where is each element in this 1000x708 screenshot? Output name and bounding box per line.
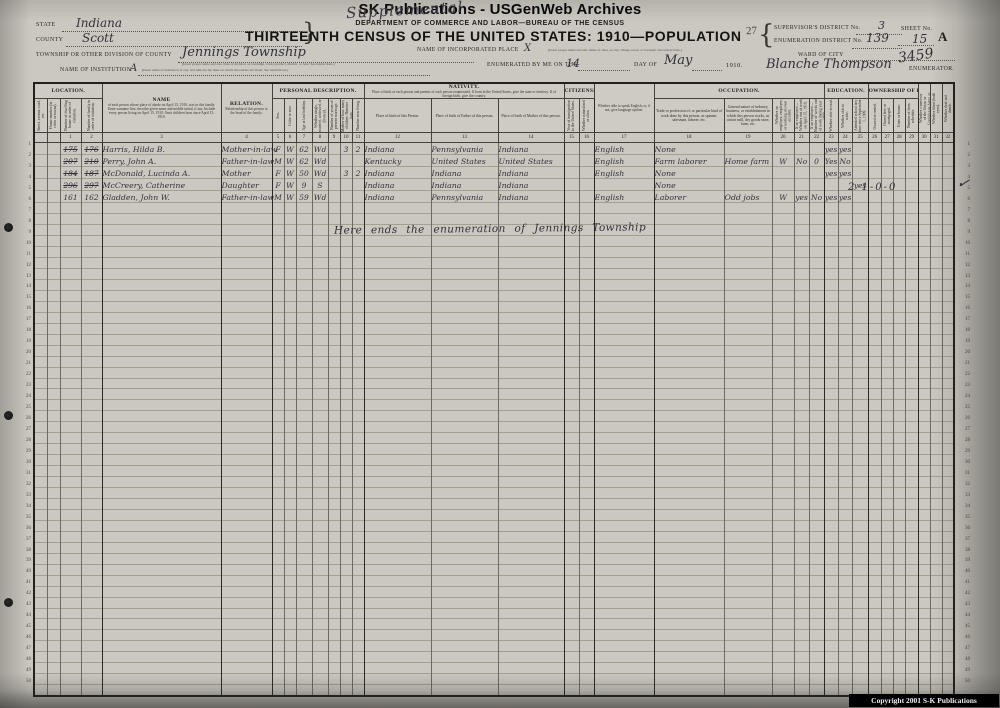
- census-cell: [838, 422, 852, 433]
- column-number: 1: [60, 133, 81, 143]
- census-cell: [272, 520, 284, 531]
- census-cell: [352, 312, 364, 323]
- census-cell: [221, 652, 272, 663]
- census-cell: [930, 641, 942, 652]
- census-cell: [930, 400, 942, 411]
- census-cell: [34, 433, 47, 444]
- census-cell: [284, 268, 296, 279]
- census-cell: [47, 301, 60, 312]
- census-cell: [296, 444, 312, 455]
- census-cell: [594, 641, 654, 652]
- row-number: 44: [19, 611, 31, 622]
- institution-label: NAME OF INSTITUTION: [60, 67, 131, 73]
- census-cell: [564, 488, 579, 499]
- census-cell: [34, 685, 47, 696]
- census-cell: W: [772, 191, 794, 203]
- census-cell: [47, 389, 60, 400]
- census-cell: [942, 630, 954, 641]
- census-cell: [838, 268, 852, 279]
- column-group: CITIZENSHIP.: [564, 83, 594, 99]
- census-cell: [824, 619, 838, 630]
- census-cell: [824, 225, 838, 236]
- census-cell: [724, 619, 772, 630]
- census-cell: [284, 685, 296, 696]
- census-cell: [918, 214, 930, 225]
- census-cell: [579, 143, 594, 155]
- census-cell: [918, 586, 930, 597]
- census-cell: W: [284, 155, 296, 167]
- census-cell: [60, 553, 81, 564]
- census-cell: [579, 167, 594, 179]
- census-cell: [564, 167, 579, 179]
- census-cell: [724, 323, 772, 334]
- census-cell: [431, 641, 498, 652]
- census-cell: [47, 433, 60, 444]
- census-cell: [654, 564, 724, 575]
- census-cell: [654, 389, 724, 400]
- census-cell: [312, 236, 328, 247]
- census-cell: [340, 542, 352, 553]
- census-cell: [852, 674, 868, 685]
- census-cell: [724, 564, 772, 575]
- census-cell: [654, 586, 724, 597]
- census-cell: [34, 422, 47, 433]
- census-cell: [102, 674, 221, 685]
- census-cell: [579, 236, 594, 247]
- census-cell: [724, 586, 772, 597]
- row-number: 14: [958, 282, 970, 293]
- census-cell: [328, 312, 340, 323]
- census-cell: [594, 608, 654, 619]
- census-cell: [431, 498, 498, 509]
- row-number: 17: [19, 315, 31, 326]
- census-cell: [564, 268, 579, 279]
- census-cell: [296, 247, 312, 258]
- table-row: [34, 674, 954, 685]
- table-row: [34, 542, 954, 553]
- census-cell: [221, 203, 272, 214]
- row-number: 49: [958, 666, 970, 677]
- census-cell: [364, 520, 431, 531]
- census-cell: [328, 179, 340, 191]
- row-number: 32: [19, 480, 31, 491]
- row-number: 18: [958, 326, 970, 337]
- census-cell: [352, 356, 364, 367]
- census-cell: W: [284, 191, 296, 203]
- census-cell: [654, 433, 724, 444]
- column-subheader: If an employee— Number of weeks out of w…: [809, 99, 824, 133]
- census-cell: [852, 400, 868, 411]
- row-number: 50: [958, 677, 970, 688]
- census-cell: [81, 367, 102, 378]
- census-cell: [431, 290, 498, 301]
- census-cell: [824, 247, 838, 258]
- column-number: 20: [772, 133, 794, 143]
- census-cell: [881, 345, 893, 356]
- census-cell: [364, 356, 431, 367]
- census-cell: [918, 155, 930, 167]
- census-cell: [579, 674, 594, 685]
- row-number: 11: [958, 250, 970, 261]
- census-cell: [60, 531, 81, 542]
- census-cell: [564, 685, 579, 696]
- census-cell: [852, 553, 868, 564]
- census-cell: [594, 444, 654, 455]
- census-cell: [809, 400, 824, 411]
- census-cell: [81, 498, 102, 509]
- census-cell: [794, 630, 809, 641]
- census-cell: [824, 334, 838, 345]
- census-cell: [905, 630, 918, 641]
- census-cell: [918, 553, 930, 564]
- census-cell: [772, 597, 794, 608]
- census-cell: [942, 433, 954, 444]
- census-cell: [824, 258, 838, 269]
- census-cell: [868, 400, 881, 411]
- census-cell: [34, 619, 47, 630]
- census-cell: [905, 608, 918, 619]
- census-cell: [881, 608, 893, 619]
- census-cell: [328, 531, 340, 542]
- census-cell: [47, 290, 60, 301]
- census-cell: [794, 225, 809, 236]
- census-cell: [893, 301, 905, 312]
- column-subheader: Mother of how many children: Number born…: [340, 99, 352, 133]
- census-cell: Wd: [312, 191, 328, 203]
- census-cell: [564, 312, 579, 323]
- census-cell: [654, 411, 724, 422]
- census-cell: [594, 400, 654, 411]
- census-cell: [328, 422, 340, 433]
- census-cell: [942, 641, 954, 652]
- row-number: 36: [958, 524, 970, 535]
- census-cell: [102, 422, 221, 433]
- census-cell: [352, 236, 364, 247]
- census-cell: [47, 334, 60, 345]
- census-cell: [47, 258, 60, 269]
- census-cell: [340, 389, 352, 400]
- census-cell: [905, 586, 918, 597]
- column-group: Whether able to speak English; or, if no…: [594, 83, 654, 133]
- census-cell: [930, 258, 942, 269]
- census-cell: [352, 619, 364, 630]
- census-cell: [905, 553, 918, 564]
- incorporated-place-value: X: [524, 43, 531, 54]
- census-cell: [60, 378, 81, 389]
- census-cell: [838, 520, 852, 531]
- census-cell: [594, 619, 654, 630]
- census-cell: [47, 575, 60, 586]
- census-cell: [868, 674, 881, 685]
- census-cell: [352, 203, 364, 214]
- census-cell: [34, 290, 47, 301]
- census-cell: [431, 411, 498, 422]
- census-cell: [102, 575, 221, 586]
- census-cell: [881, 155, 893, 167]
- census-cell: [431, 663, 498, 674]
- census-cell: [852, 378, 868, 389]
- census-cell: [364, 466, 431, 477]
- census-cell: [498, 247, 564, 258]
- census-cell: 175: [60, 143, 81, 155]
- census-cell: [60, 236, 81, 247]
- census-cell: [942, 652, 954, 663]
- census-cell: [824, 652, 838, 663]
- census-cell: [352, 466, 364, 477]
- census-cell: [81, 509, 102, 520]
- census-cell: [312, 509, 328, 520]
- census-cell: [852, 356, 868, 367]
- census-cell: [594, 531, 654, 542]
- census-cell: [905, 498, 918, 509]
- census-cell: [340, 301, 352, 312]
- census-cell: [352, 378, 364, 389]
- census-cell: [340, 367, 352, 378]
- census-cell: [312, 674, 328, 685]
- census-cell: [296, 214, 312, 225]
- census-cell: [296, 652, 312, 663]
- census-cell: [47, 191, 60, 203]
- column-subheader: Year of immigration to the United States…: [564, 99, 579, 133]
- census-cell: [340, 564, 352, 575]
- census-cell: [824, 345, 838, 356]
- census-cell: [824, 542, 838, 553]
- row-number: 10: [19, 239, 31, 250]
- census-cell: [564, 155, 579, 167]
- census-cell: [905, 268, 918, 279]
- census-cell: [47, 509, 60, 520]
- census-cell: [81, 597, 102, 608]
- census-cell: [868, 247, 881, 258]
- row-number: 19: [19, 337, 31, 348]
- census-cell: [838, 323, 852, 334]
- census-cell: [272, 509, 284, 520]
- table-row: 296297McCreery, CatherineDaughterFW9SInd…: [34, 179, 954, 191]
- census-cell: [772, 608, 794, 619]
- census-cell: [564, 258, 579, 269]
- census-cell: [34, 498, 47, 509]
- census-cell: [352, 564, 364, 575]
- row-number: 3: [958, 162, 970, 173]
- census-cell: [284, 663, 296, 674]
- census-cell: [340, 214, 352, 225]
- census-cell: [594, 312, 654, 323]
- census-cell: [60, 422, 81, 433]
- census-cell: [221, 301, 272, 312]
- census-cell: [893, 312, 905, 323]
- census-cell: Mother: [221, 167, 272, 179]
- census-cell: [81, 652, 102, 663]
- column-number: 22: [809, 133, 824, 143]
- census-cell: yes: [838, 167, 852, 179]
- census-cell: [60, 608, 81, 619]
- census-cell: [284, 433, 296, 444]
- census-cell: [102, 279, 221, 290]
- census-cell: [272, 290, 284, 301]
- census-cell: [340, 279, 352, 290]
- census-cell: Farm laborer: [654, 155, 724, 167]
- census-cell: [81, 290, 102, 301]
- census-cell: [942, 455, 954, 466]
- census-cell: [838, 389, 852, 400]
- census-cell: [328, 356, 340, 367]
- census-cell: [431, 630, 498, 641]
- census-cell: [724, 301, 772, 312]
- census-cell: [352, 674, 364, 685]
- census-cell: [868, 301, 881, 312]
- census-cell: [102, 608, 221, 619]
- column-number: 16: [579, 133, 594, 143]
- census-cell: [930, 389, 942, 400]
- census-cell: [340, 356, 352, 367]
- census-cell: yes: [794, 191, 809, 203]
- census-cell: [809, 466, 824, 477]
- census-cell: [296, 422, 312, 433]
- census-cell: [579, 203, 594, 214]
- row-number: 48: [19, 655, 31, 666]
- census-cell: [579, 433, 594, 444]
- census-cell: [34, 542, 47, 553]
- census-cell: [328, 345, 340, 356]
- census-cell: [852, 411, 868, 422]
- census-cell: [868, 477, 881, 488]
- census-cell: [654, 323, 724, 334]
- census-cell: [893, 268, 905, 279]
- census-cell: [564, 597, 579, 608]
- census-cell: [328, 214, 340, 225]
- census-cell: [340, 597, 352, 608]
- census-cell: [564, 323, 579, 334]
- table-row: [34, 520, 954, 531]
- census-cell: [296, 411, 312, 422]
- census-cell: [221, 477, 272, 488]
- census-cell: [942, 290, 954, 301]
- census-cell: [724, 225, 772, 236]
- census-cell: Wd: [312, 155, 328, 167]
- census-cell: Kentucky: [364, 155, 431, 167]
- census-cell: Wd: [312, 167, 328, 179]
- census-cell: [942, 520, 954, 531]
- census-cell: [881, 312, 893, 323]
- census-cell: [60, 509, 81, 520]
- census-cell: [852, 531, 868, 542]
- census-cell: [772, 323, 794, 334]
- row-number: 30: [958, 458, 970, 469]
- census-cell: W: [284, 167, 296, 179]
- census-cell: [352, 301, 364, 312]
- census-cell: [81, 488, 102, 499]
- census-cell: [284, 466, 296, 477]
- census-cell: [654, 509, 724, 520]
- row-number: 40: [958, 567, 970, 578]
- census-cell: [328, 663, 340, 674]
- census-cell: [824, 455, 838, 466]
- census-cell: [852, 334, 868, 345]
- census-cell: [579, 247, 594, 258]
- table-row: [34, 663, 954, 674]
- row-number: 19: [958, 337, 970, 348]
- census-cell: [881, 553, 893, 564]
- census-cell: [794, 509, 809, 520]
- census-cell: [868, 155, 881, 167]
- census-cell: [431, 400, 498, 411]
- census-cell: [364, 630, 431, 641]
- census-cell: [221, 356, 272, 367]
- census-cell: [942, 444, 954, 455]
- census-cell: [352, 214, 364, 225]
- census-cell: [102, 455, 221, 466]
- census-cell: [824, 301, 838, 312]
- census-cell: [654, 531, 724, 542]
- column-number: 13: [431, 133, 498, 143]
- census-cell: [81, 685, 102, 696]
- census-cell: [221, 542, 272, 553]
- census-cell: [930, 477, 942, 488]
- census-cell: [852, 597, 868, 608]
- census-cell: [905, 509, 918, 520]
- census-cell: [221, 422, 272, 433]
- census-cell: [852, 575, 868, 586]
- row-number: 32: [958, 480, 970, 491]
- census-cell: [60, 663, 81, 674]
- census-cell: [724, 167, 772, 179]
- row-number: 13: [19, 272, 31, 283]
- census-cell: [794, 652, 809, 663]
- table-row: [34, 608, 954, 619]
- census-cell: [564, 356, 579, 367]
- census-cell: [918, 179, 930, 191]
- census-cell: English: [594, 143, 654, 155]
- census-cell: [312, 301, 328, 312]
- census-cell: [312, 444, 328, 455]
- census-cell: [868, 498, 881, 509]
- census-cell: [284, 542, 296, 553]
- census-cell: [794, 258, 809, 269]
- census-cell: [594, 597, 654, 608]
- census-cell: [328, 191, 340, 203]
- census-cell: [34, 411, 47, 422]
- census-cell: [296, 290, 312, 301]
- census-cell: [296, 630, 312, 641]
- row-number: 15: [19, 293, 31, 304]
- census-cell: [824, 433, 838, 444]
- census-cell: [221, 520, 272, 531]
- census-cell: [102, 433, 221, 444]
- column-group: PERSONAL DESCRIPTION.: [272, 83, 364, 99]
- census-cell: [431, 477, 498, 488]
- census-cell: [809, 411, 824, 422]
- census-cell: [81, 531, 102, 542]
- census-cell: [930, 619, 942, 630]
- census-cell: [930, 520, 942, 531]
- census-cell: [364, 652, 431, 663]
- census-cell: [284, 444, 296, 455]
- census-cell: [724, 542, 772, 553]
- census-cell: [272, 477, 284, 488]
- census-cell: [881, 564, 893, 575]
- census-cell: [852, 258, 868, 269]
- census-cell: [328, 400, 340, 411]
- census-cell: [794, 203, 809, 214]
- row-number: 8: [19, 217, 31, 228]
- census-cell: [724, 477, 772, 488]
- census-cell: [284, 630, 296, 641]
- census-cell: [594, 279, 654, 290]
- row-number: 27: [19, 425, 31, 436]
- census-cell: [654, 400, 724, 411]
- census-cell: [881, 455, 893, 466]
- census-cell: [579, 400, 594, 411]
